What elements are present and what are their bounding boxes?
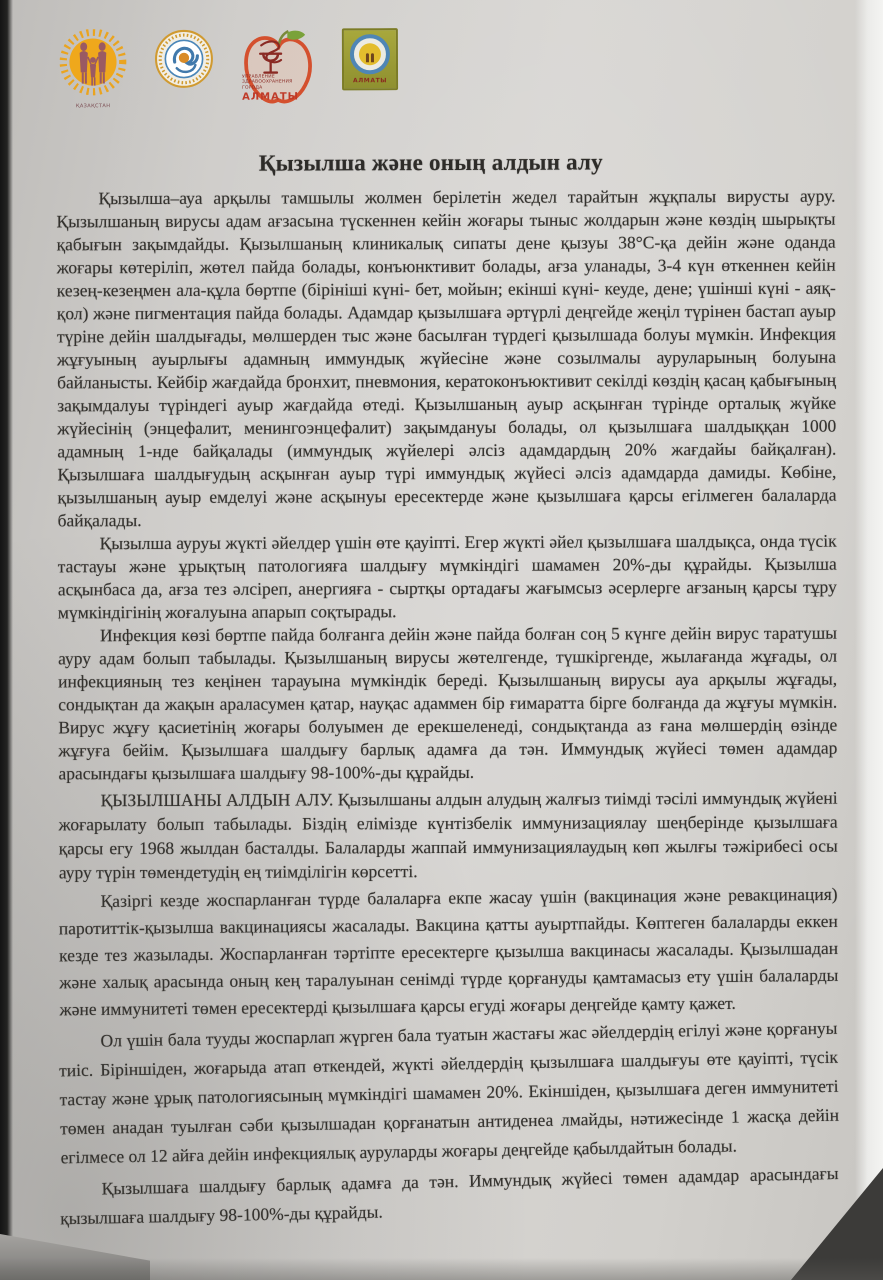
document-photo: ҚАЗАҚСТАН bbox=[0, 0, 883, 1280]
apple-medicine-icon bbox=[238, 28, 318, 116]
paragraph-prevention: ҚЫЗЫЛШАНЫ АЛДЫН АЛУ. Қызылшаны алдын алу… bbox=[59, 786, 838, 885]
health-department-apple-logo: УПРАВЛЕНИЕ ЗДРАВООХРАНЕНИЯ ГОРОДА АЛМАТЫ bbox=[238, 28, 318, 116]
document-title: Қызылша және оның алдын алу bbox=[56, 149, 805, 178]
figure-icon bbox=[371, 53, 374, 62]
logo-caption: АЛМАТЫ bbox=[353, 77, 387, 84]
round-seal-icon bbox=[154, 29, 214, 89]
paragraph-women-vaccination: Ол үшін бала тууды жоспарлап жүрген бала… bbox=[58, 1014, 839, 1173]
paragraph-intro: Қызылша–ауа арқылы тамшылы жолмен беріле… bbox=[56, 185, 836, 533]
almaty-emblem-square: АЛМАТЫ bbox=[342, 28, 398, 90]
paragraph-vaccination: Қазіргі кезде жоспарланған түрде балалар… bbox=[58, 881, 838, 1023]
logo-caption-line: ЗДРАВООХРАНЕНИЯ bbox=[242, 80, 288, 86]
logo-caption: ҚАЗАҚСТАН bbox=[76, 103, 111, 109]
logo-row: ҚАЗАҚСТАН bbox=[56, 27, 835, 142]
emblem-ring bbox=[350, 34, 390, 74]
logo-caption-almaty: АЛМАТЫ bbox=[242, 92, 288, 103]
family-sun-icon bbox=[56, 29, 130, 109]
emblem-core bbox=[359, 43, 381, 65]
family-sun-logo: ҚАЗАҚСТАН bbox=[56, 29, 130, 109]
photo-left-dark-edge bbox=[0, 0, 13, 1280]
logo-caption-line: ГОРОДА bbox=[242, 85, 288, 91]
photo-right-light-edge bbox=[855, 0, 883, 1200]
paragraph-pregnancy-risk: Қызылша ауруы жүкті әйелдер үшін өте қау… bbox=[58, 530, 837, 625]
round-seal-logo bbox=[154, 29, 214, 89]
paragraph-infection-source: Инфекция көзі бөртпе пайда болғанга дейі… bbox=[58, 622, 838, 786]
paper-sheet: ҚАЗАҚСТАН bbox=[0, 0, 883, 1280]
apple-logo-text: УПРАВЛЕНИЕ ЗДРАВООХРАНЕНИЯ ГОРОДА АЛМАТЫ bbox=[242, 74, 288, 103]
figure-icon bbox=[366, 53, 369, 62]
almaty-emblem-logo: АЛМАТЫ bbox=[342, 28, 398, 90]
